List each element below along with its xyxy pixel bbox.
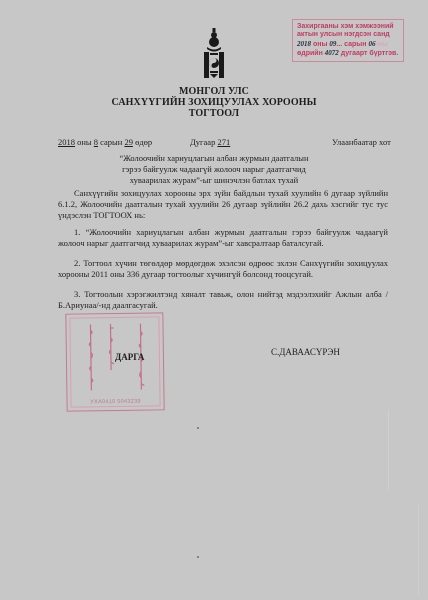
resolution-date: 2018 оны 8 сарын 29 өдөр: [58, 137, 152, 147]
resolution-number: Дугаар 271: [190, 137, 230, 147]
header-organization: САНХҮҮГИЙН ЗОХИЦУУЛАХ ХОРООНЫ: [0, 97, 428, 108]
resolution-title: “Жолоочийн хариуцлагын албан журмын даат…: [0, 153, 428, 186]
soyombo-emblem-icon: [202, 28, 226, 82]
stamp-text: оны: [311, 41, 329, 48]
mongolian-script-icon: [86, 322, 95, 392]
date-year: 2018: [58, 137, 75, 147]
number-value: 271: [217, 137, 230, 147]
stamp-text: дугаарт бүртгэв.: [339, 50, 398, 57]
preamble-paragraph: Санхүүгийн зохицуулах хорооны эрх зүйн б…: [58, 188, 388, 221]
date-label: сарын: [98, 137, 124, 147]
resolution-item-3: 3. Тогтоолын хэрэгжилтэнд хяналт тавьж, …: [58, 289, 388, 311]
scan-speck: [197, 427, 199, 429]
number-label: Дугаар: [190, 137, 217, 147]
title-line: гэрээ байгуулж чадаагүй жолооч нарыг даа…: [0, 164, 428, 175]
signatory-title: ДАРГА: [115, 352, 144, 362]
date-label: өдөр: [133, 137, 152, 147]
resolution-item-1: 1. “Жолоочийн хариуцлагын албан журмын д…: [58, 227, 388, 249]
city: Улаанбаатар хот: [332, 137, 391, 147]
header-doc-type: ТОГТООЛ: [0, 108, 428, 119]
scan-edge-line: [418, 505, 419, 595]
resolution-item-2: 2. Тогтоол хүчин төгөлдөр мөрдөгдөж эхэл…: [58, 258, 388, 280]
stamp-year: 2018: [297, 40, 311, 48]
document-page: Захиргааны хэм хэмжээний актын улсын нэг…: [0, 0, 428, 600]
title-line: хуваарилах журам”-ыг шинэчлэн батлах тух…: [0, 175, 428, 186]
stamp-line-1: Захиргааны хэм хэмжээний: [297, 23, 394, 30]
signatory-name: С.ДАВААСҮРЭН: [271, 347, 340, 357]
scan-speck: [197, 556, 199, 558]
stamp-line-2: актын улсын нэгдсэн санд: [297, 31, 390, 38]
date-day: 29: [124, 137, 133, 147]
header-country: МОНГОЛ УЛС: [0, 86, 428, 97]
stamp-text: -ны: [375, 41, 388, 48]
registration-stamp: Захиргааны хэм хэмжээний актын улсын нэг…: [292, 19, 404, 62]
stamp-text: өдрийн: [297, 50, 325, 57]
stamp-registration-number: 4072: [325, 49, 339, 57]
date-label: оны: [75, 137, 94, 147]
stamp-text: ... сарын: [336, 41, 368, 48]
mongolian-script-icon: [106, 322, 115, 372]
official-seal: УХА0410 5043239: [65, 312, 164, 411]
scan-edge-line: [388, 410, 389, 490]
title-line: “Жолоочийн хариуцлагын албан журмын даат…: [0, 153, 428, 164]
